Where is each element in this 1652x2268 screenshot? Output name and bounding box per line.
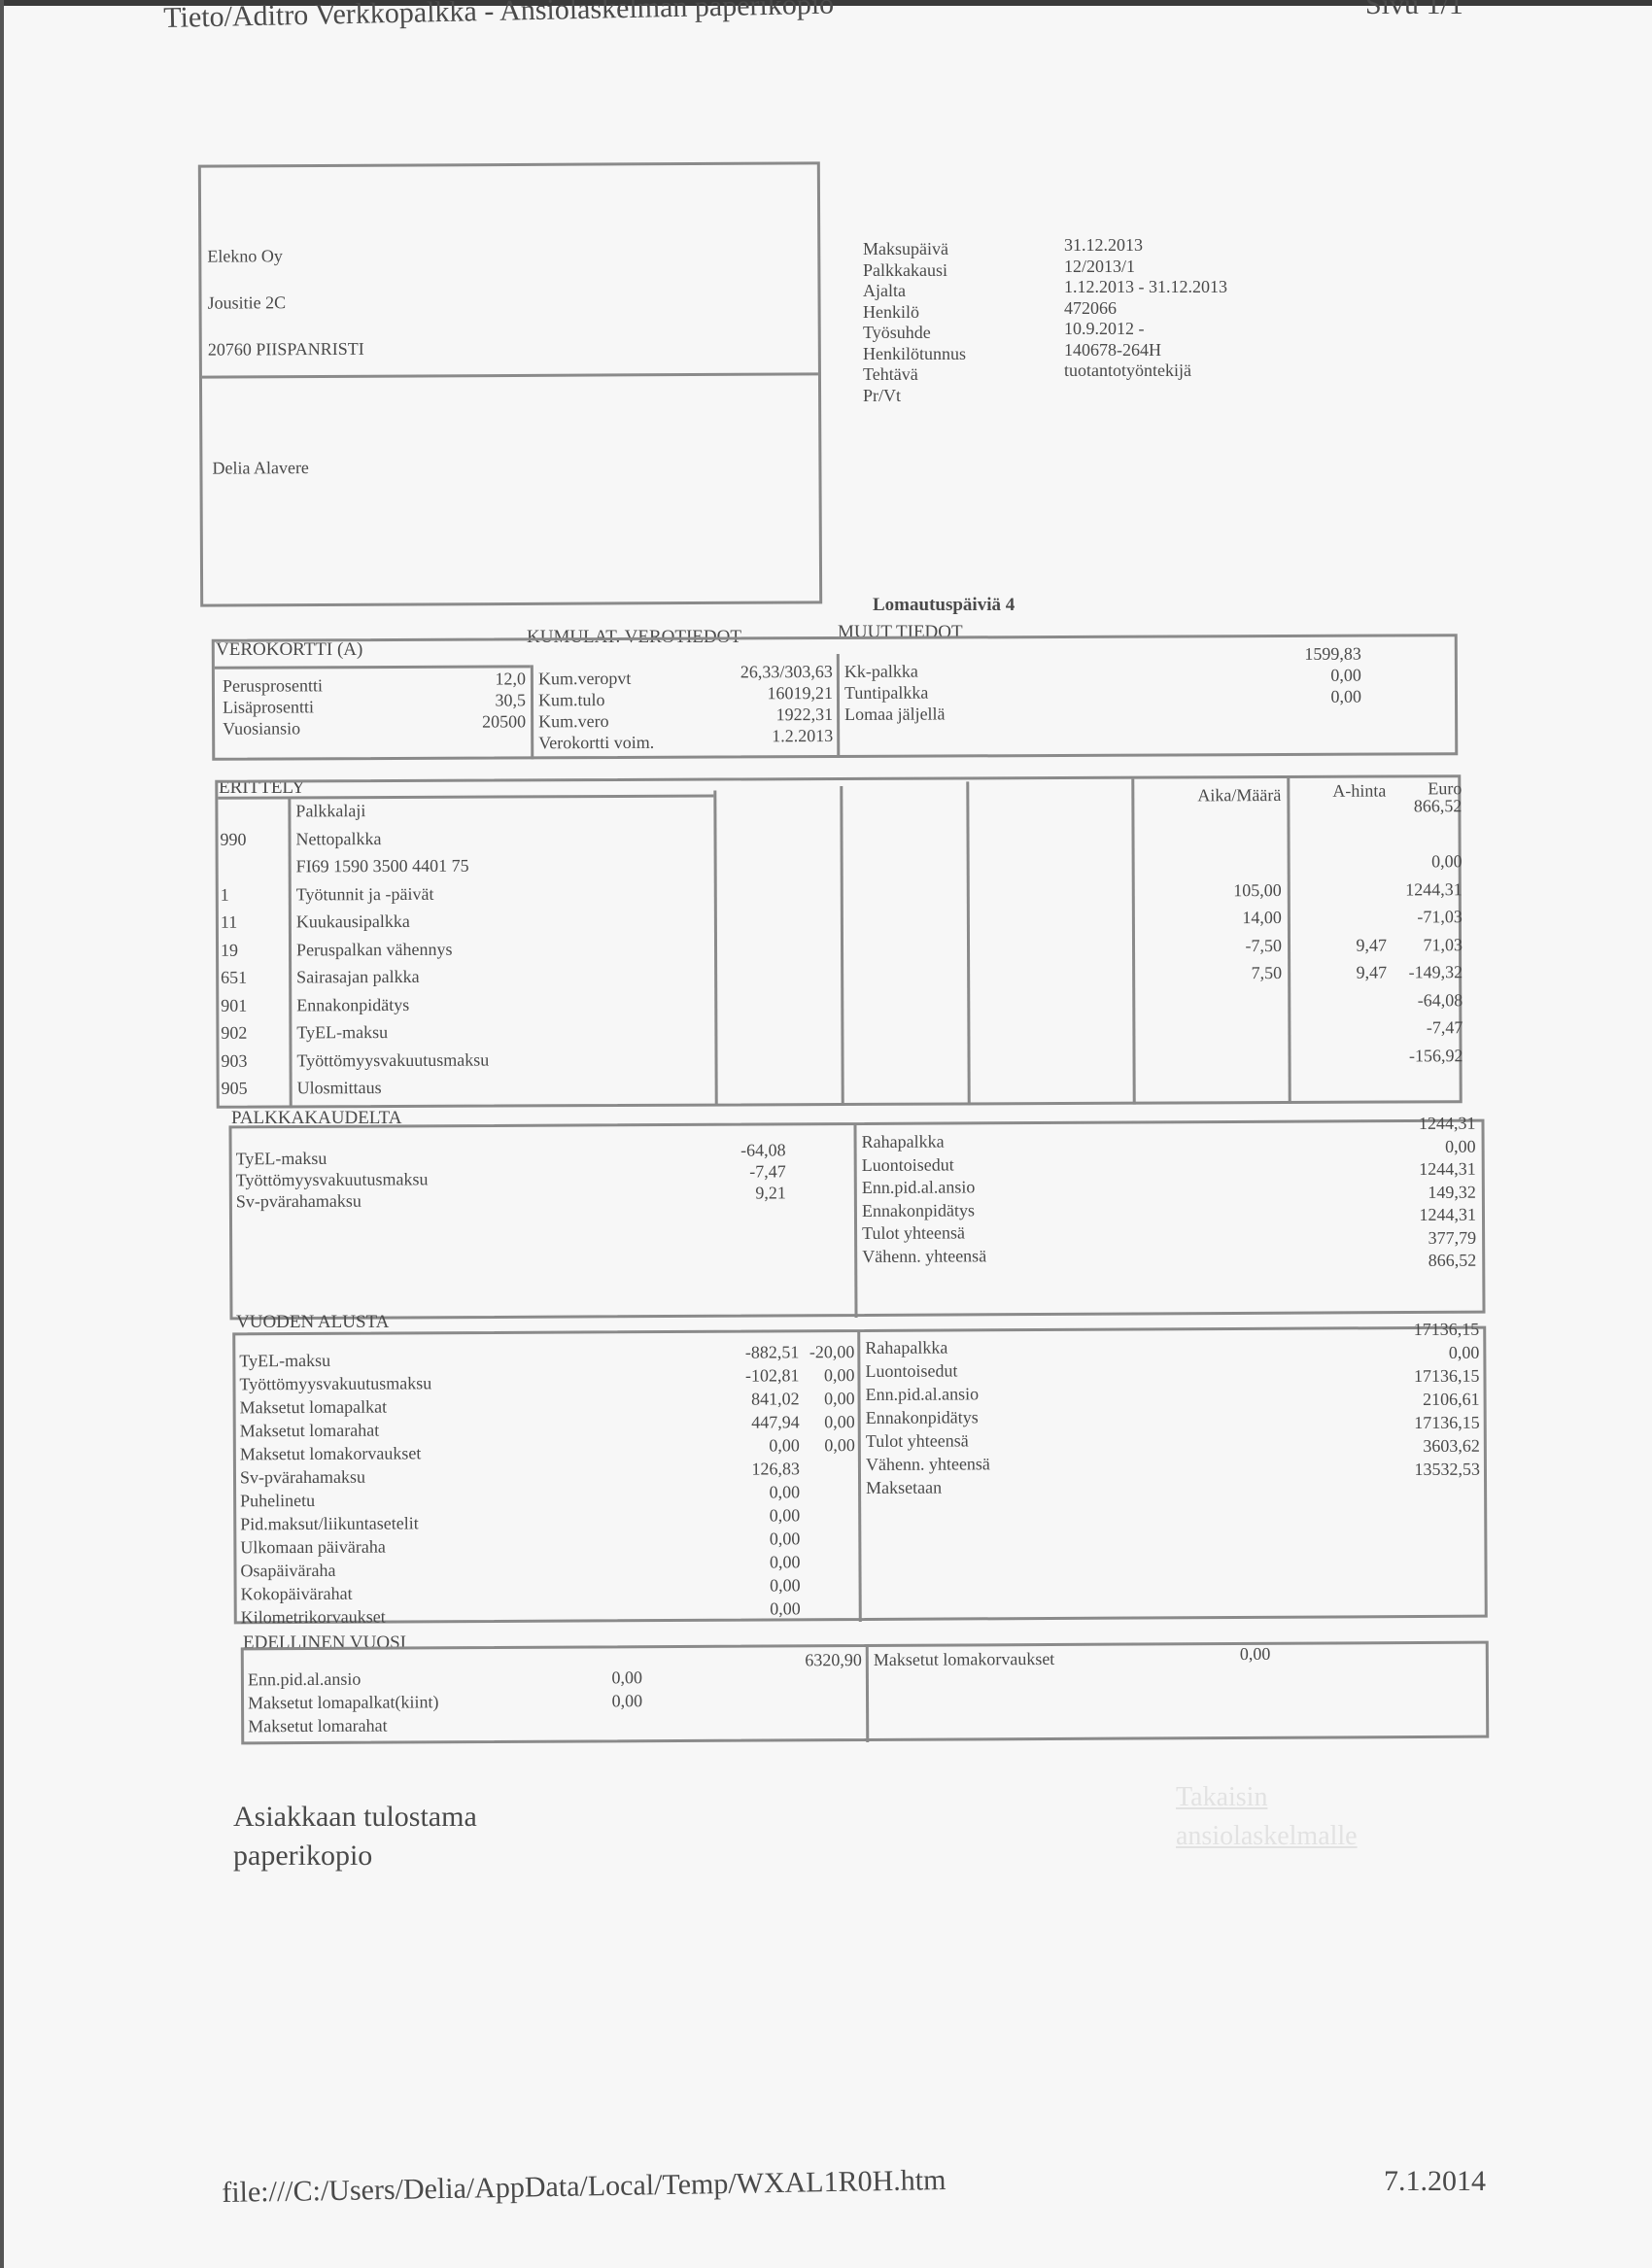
row-aika — [1134, 851, 1282, 852]
vuoden-alusta-extra-values: -20,000,000,000,000,00 — [774, 1340, 855, 1457]
vuoden-alusta-label: Kokopäivärahat — [241, 1581, 433, 1605]
edellinen-vuosi-left-labels: Enn.pid.al.ansioMaksetut lomapalkat(kiin… — [248, 1667, 439, 1737]
lomautus-days: Lomautuspäiviä 4 — [873, 595, 1015, 616]
row-euro: 71,03 — [1297, 934, 1463, 956]
palkkakaudelta-left-values: -64,08-7,479,21 — [699, 1139, 786, 1203]
vuoden-alusta-extra: 0,00 — [774, 1363, 854, 1387]
vuoden-alusta-label: Osapäiväraha — [240, 1558, 432, 1582]
edellinen-vuosi-label: Enn.pid.al.ansio — [248, 1667, 439, 1691]
row-euro: 866,52 — [1296, 795, 1462, 817]
vuoden-alusta-label: Työttömyysvakuutusmaksu — [239, 1371, 431, 1395]
info-label: Palkkakausi — [863, 260, 966, 282]
kumulat-labels: Kum.veropvtKum.tuloKum.veroVerokortti vo… — [538, 668, 654, 754]
palkkakaudelta-right-value: 866,52 — [1359, 1250, 1476, 1273]
kumulat-label: Kum.tulo — [538, 689, 654, 711]
row-euro: -7,47 — [1297, 1016, 1463, 1039]
info-label: Henkilötunnus — [863, 344, 966, 365]
row-euro: 0,00 — [1297, 850, 1463, 873]
vuoden-alusta-right-value: 13532,53 — [1363, 1458, 1480, 1482]
info-value: 10.9.2012 - — [1064, 319, 1227, 340]
info-label: Henkilö — [863, 302, 966, 324]
vuoden-alusta-label: Sv-pvärahamaksu — [240, 1464, 432, 1489]
row-label: Ulosmittaus — [297, 1077, 382, 1098]
info-label: Työsuhde — [863, 323, 966, 344]
document-title: Tieto/Aditro Verkkopalkka - Ansiolaskelm… — [163, 0, 834, 35]
verokortti-label: Perusprosentti — [223, 674, 323, 696]
palkkakaudelta-right-value: 1244,31 — [1359, 1204, 1476, 1227]
vuoden-alusta-label: Maksetut lomapalkat — [240, 1394, 432, 1419]
note-line-1: Asiakkaan tulostama — [233, 1798, 477, 1837]
customer-print-note: Asiakkaan tulostama paperikopio — [233, 1798, 477, 1875]
muut-value: 1599,83 — [1245, 643, 1361, 666]
vuoden-alusta-right-label: Luontoisedut — [865, 1358, 989, 1383]
vuoden-alusta-label: TyEL-maksu — [239, 1348, 431, 1372]
vuoden-alusta-right-label: Ennakonpidätys — [866, 1405, 990, 1429]
palkkakaudelta-value: -7,47 — [699, 1160, 786, 1182]
palkkakaudelta-right-label: Vähenn. yhteensä — [862, 1245, 986, 1268]
row-euro: -149,32 — [1297, 961, 1463, 983]
employer-name: Elekno Oy — [207, 245, 283, 266]
row-code: 1 — [221, 883, 285, 905]
vuoden-alusta-title: VUODEN ALUSTA — [236, 1312, 389, 1333]
vuoden-alusta-value: 0,00 — [723, 1597, 801, 1620]
row-aika — [1134, 1046, 1282, 1047]
kumulat-value: 16019,21 — [671, 682, 833, 704]
vuoden-alusta-right-label: Enn.pid.al.ansio — [866, 1382, 990, 1406]
row-code: 651 — [221, 966, 285, 987]
row-label: Nettopalkka — [295, 828, 381, 849]
vuoden-alusta-right-value: 2106,61 — [1363, 1388, 1480, 1412]
row-code: 902 — [221, 1021, 285, 1043]
enn-pid-value: 6320,90 — [769, 1649, 862, 1671]
vuoden-alusta-right-label: Rahapalkka — [865, 1335, 989, 1359]
palkkakaudelta-right-label: Luontoisedut — [862, 1153, 986, 1177]
info-value: tuotantotyöntekijä — [1064, 361, 1227, 382]
palkkakaudelta-right-value: 377,79 — [1359, 1226, 1476, 1250]
muut-label: Lomaa jäljellä — [844, 704, 946, 725]
print-date: 7.1.2014 — [1384, 2165, 1486, 2198]
palkkakaudelta-right-value: 1244,31 — [1359, 1113, 1475, 1136]
palkkakaudelta-right-value: 0,00 — [1359, 1135, 1476, 1158]
row-label: Peruspalkan vähennys — [296, 938, 453, 960]
row-aika — [1133, 824, 1281, 825]
row-euro — [1296, 823, 1462, 824]
info-value: 1.12.2013 - 31.12.2013 — [1064, 277, 1227, 298]
info-values: 31.12.201312/2013/11.12.2013 - 31.12.201… — [1064, 235, 1227, 382]
row-code: 905 — [222, 1077, 286, 1098]
verokortti-value: 30,5 — [399, 689, 526, 711]
vuoden-alusta-right-label: Vähenn. yhteensä — [866, 1452, 990, 1476]
kumulat-value: 1922,31 — [671, 704, 833, 726]
palkkakaudelta-right-values: 1244,310,001244,31149,321244,31377,79866… — [1359, 1113, 1476, 1273]
kumulat-label: Kum.vero — [538, 710, 654, 733]
vuoden-alusta-left-labels: TyEL-maksuTyöttömyysvakuutusmaksuMaksetu… — [239, 1348, 432, 1629]
row-aika — [1134, 990, 1282, 991]
edellinen-vuosi-value: 0,00 — [555, 1689, 642, 1712]
info-label: Tehtävä — [863, 364, 966, 386]
vuoden-alusta-extra: -20,00 — [774, 1340, 854, 1363]
tax-info-box: PerusprosenttiLisäprosenttiVuosiansio 12… — [212, 634, 1459, 761]
vuoden-alusta-label: Kilometrikorvaukset — [241, 1604, 433, 1629]
row-euro: 1244,31 — [1297, 878, 1463, 901]
palkkakaudelta-right-label: Enn.pid.al.ansio — [862, 1176, 986, 1199]
scan-edge-left — [0, 0, 4, 2268]
edellinen-vuosi-value: 0,00 — [555, 1666, 642, 1689]
vuoden-alusta-value: 0,00 — [722, 1550, 800, 1573]
edellinen-vuosi-label: Maksetut lomarahat — [248, 1713, 439, 1737]
muut-label: Tuntipalkka — [844, 682, 946, 704]
row-label: Työtunnit ja -päivät — [296, 882, 434, 905]
file-url: file:///C:/Users/Delia/AppData/Local/Tem… — [222, 2164, 946, 2210]
vuoden-alusta-right-label: Tulot yhteensä — [866, 1428, 990, 1453]
divider — [202, 372, 818, 378]
vuoden-alusta-right-values: 17136,150,0017136,152106,6117136,153603,… — [1362, 1318, 1480, 1482]
vuoden-alusta-value: 126,83 — [722, 1457, 800, 1480]
row-aika: 14,00 — [1134, 907, 1282, 929]
row-code: 19 — [221, 939, 285, 960]
row-aika: 7,50 — [1134, 962, 1282, 984]
muut-value: 0,00 — [1245, 665, 1361, 687]
col-aika-header: Aika/Määrä — [1133, 784, 1281, 807]
back-link-line-1: Takaisin — [1176, 1778, 1358, 1817]
verokortti-labels: PerusprosenttiLisäprosenttiVuosiansio — [223, 674, 323, 739]
row-label: TyEL-maksu — [296, 1021, 388, 1043]
erittely-table: Aika/Määrä A-hinta Euro Palkkalaji866,52… — [215, 774, 1462, 1109]
vuoden-alusta-label: Maksetut lomakorvaukset — [240, 1441, 432, 1465]
vuoden-alusta-right-value: 0,00 — [1362, 1341, 1479, 1365]
vuoden-alusta-value: 0,00 — [722, 1527, 800, 1550]
vuoden-alusta-value: 0,00 — [722, 1503, 800, 1527]
back-link-line-2: ansiolaskelmalle — [1176, 1817, 1358, 1856]
row-label: Ennakonpidätys — [296, 993, 409, 1015]
muut-values: 1599,830,000,00 — [1245, 643, 1361, 708]
palkkakaudelta-box: TyEL-maksuTyöttömyysvakuutusmaksuSv-pvär… — [228, 1119, 1485, 1321]
palkkakaudelta-right-label: Tulot yhteensä — [862, 1221, 986, 1245]
vuoden-alusta-value: 0,00 — [722, 1480, 800, 1503]
vuoden-alusta-extra: 0,00 — [775, 1387, 855, 1410]
palkkakaudelta-label: Työttömyysvakuutusmaksu — [236, 1168, 429, 1190]
edellinen-vuosi-box: Enn.pid.al.ansioMaksetut lomapalkat(kiin… — [241, 1641, 1490, 1745]
edellinen-vuosi-label: Maksetut lomapalkat(kiint) — [248, 1690, 439, 1714]
page-number: Sivu 1/1 — [1365, 0, 1463, 21]
vuoden-alusta-label: Maksetut lomarahat — [240, 1418, 432, 1442]
row-aika — [1134, 1017, 1282, 1018]
info-label: Ajalta — [863, 281, 966, 302]
row-aika: -7,50 — [1134, 935, 1282, 957]
info-label: Pr/Vt — [863, 386, 966, 407]
palkkakaudelta-right-label: Ennakonpidätys — [862, 1199, 986, 1222]
verokortti-value: 12,0 — [399, 668, 526, 690]
vuoden-alusta-right-value: 17136,15 — [1363, 1411, 1480, 1435]
back-to-payslip-link[interactable]: Takaisin ansiolaskelmalle — [1176, 1778, 1358, 1856]
vuoden-alusta-right-value: 17136,15 — [1362, 1364, 1479, 1389]
vuoden-alusta-value: 0,00 — [723, 1573, 801, 1597]
palkkakaudelta-right-value: 1244,31 — [1359, 1158, 1476, 1182]
vuoden-alusta-right-value: 3603,62 — [1363, 1434, 1480, 1459]
row-euro: -156,92 — [1297, 1045, 1463, 1067]
vuoden-alusta-right-label: Maksetaan — [866, 1475, 990, 1499]
palkkakaudelta-label: TyEL-maksu — [236, 1147, 429, 1169]
employer-street: Jousitie 2C — [207, 292, 286, 313]
muut-label: Kk-palkka — [844, 661, 946, 682]
vuoden-alusta-extra: 0,00 — [775, 1410, 855, 1433]
row-aika — [1135, 1073, 1283, 1074]
employee-name: Delia Alavere — [212, 457, 309, 479]
row-aika: 105,00 — [1134, 879, 1282, 902]
kumulat-values: 26,33/303,6316019,211922,311.2.2013 — [671, 661, 833, 747]
row-code: 901 — [221, 994, 285, 1015]
verokortti-label: Vuosiansio — [223, 717, 323, 739]
palkkakaudelta-value: -64,08 — [699, 1139, 786, 1160]
info-value: 140678-264H — [1064, 340, 1227, 361]
employer-postal: 20760 PIISPANRISTI — [208, 338, 364, 361]
info-labels: MaksupäiväPalkkakausiAjaltaHenkilöTyösuh… — [863, 239, 966, 406]
vuoden-alusta-right-labels: RahapalkkaLuontoisedutEnn.pid.al.ansioEn… — [865, 1335, 990, 1499]
kumulat-value: 26,33/303,63 — [671, 661, 833, 683]
info-value: 31.12.2013 — [1064, 235, 1227, 257]
kumulat-value: 1.2.2013 — [671, 725, 833, 747]
verokortti-values: 12,030,520500 — [399, 668, 526, 733]
row-code: 903 — [221, 1049, 285, 1071]
vuoden-alusta-label: Ulkomaan päiväraha — [240, 1534, 432, 1559]
info-value: 472066 — [1064, 298, 1227, 320]
palkkakaudelta-value: 9,21 — [699, 1182, 786, 1203]
verokortti-value: 20500 — [399, 710, 526, 733]
row-code: 11 — [221, 911, 285, 932]
muut-value: 0,00 — [1245, 686, 1361, 708]
maksetut-lomakorvaukset-value: 0,00 — [1240, 1643, 1271, 1665]
vuoden-alusta-extra: 0,00 — [775, 1433, 855, 1457]
row-euro — [1298, 1072, 1463, 1073]
kumulat-label: Verokortti voim. — [538, 732, 654, 754]
address-box: Elekno Oy Jousitie 2C 20760 PIISPANRISTI… — [198, 161, 822, 606]
row-label: FI69 1590 3500 4401 75 — [296, 855, 469, 877]
vuoden-alusta-label: Pid.maksut/liikuntasetelit — [240, 1511, 432, 1535]
vuoden-alusta-box: TyEL-maksuTyöttömyysvakuutusmaksuMaksetu… — [232, 1326, 1488, 1625]
verokortti-label: Lisäprosentti — [223, 696, 323, 717]
row-euro: -71,03 — [1297, 906, 1463, 928]
maksetut-lomakorvaukset-label: Maksetut lomakorvaukset — [874, 1648, 1055, 1670]
palkkakaudelta-right-value: 149,32 — [1359, 1181, 1476, 1204]
palkkakaudelta-left-labels: TyEL-maksuTyöttömyysvakuutusmaksuSv-pvär… — [236, 1147, 429, 1212]
palkkakaudelta-right-labels: RahapalkkaLuontoisedutEnn.pid.al.ansioEn… — [862, 1130, 987, 1268]
muut-labels: Kk-palkkaTuntipalkkaLomaa jäljellä — [844, 661, 946, 725]
row-code: 990 — [220, 828, 284, 849]
palkkakaudelta-label: Sv-pvärahamaksu — [236, 1189, 429, 1212]
row-euro: -64,08 — [1297, 989, 1463, 1012]
edellinen-vuosi-left-values: 0,000,00 — [555, 1666, 642, 1712]
info-value: 12/2013/1 — [1064, 257, 1227, 278]
vuoden-alusta-right-value: 17136,15 — [1362, 1318, 1479, 1342]
info-label: Maksupäivä — [863, 239, 966, 260]
note-line-2: paperikopio — [233, 1837, 477, 1875]
row-label: Kuukausipalkka — [296, 911, 410, 933]
vuoden-alusta-label: Puhelinetu — [240, 1488, 432, 1512]
palkkakaudelta-right-label: Rahapalkka — [862, 1130, 986, 1153]
kumulat-label: Kum.veropvt — [538, 668, 654, 690]
row-label: Työttömyysvakuutusmaksu — [296, 1048, 489, 1071]
row-label: Sairasajan palkka — [296, 966, 420, 988]
row-label: Palkkalaji — [295, 800, 365, 821]
